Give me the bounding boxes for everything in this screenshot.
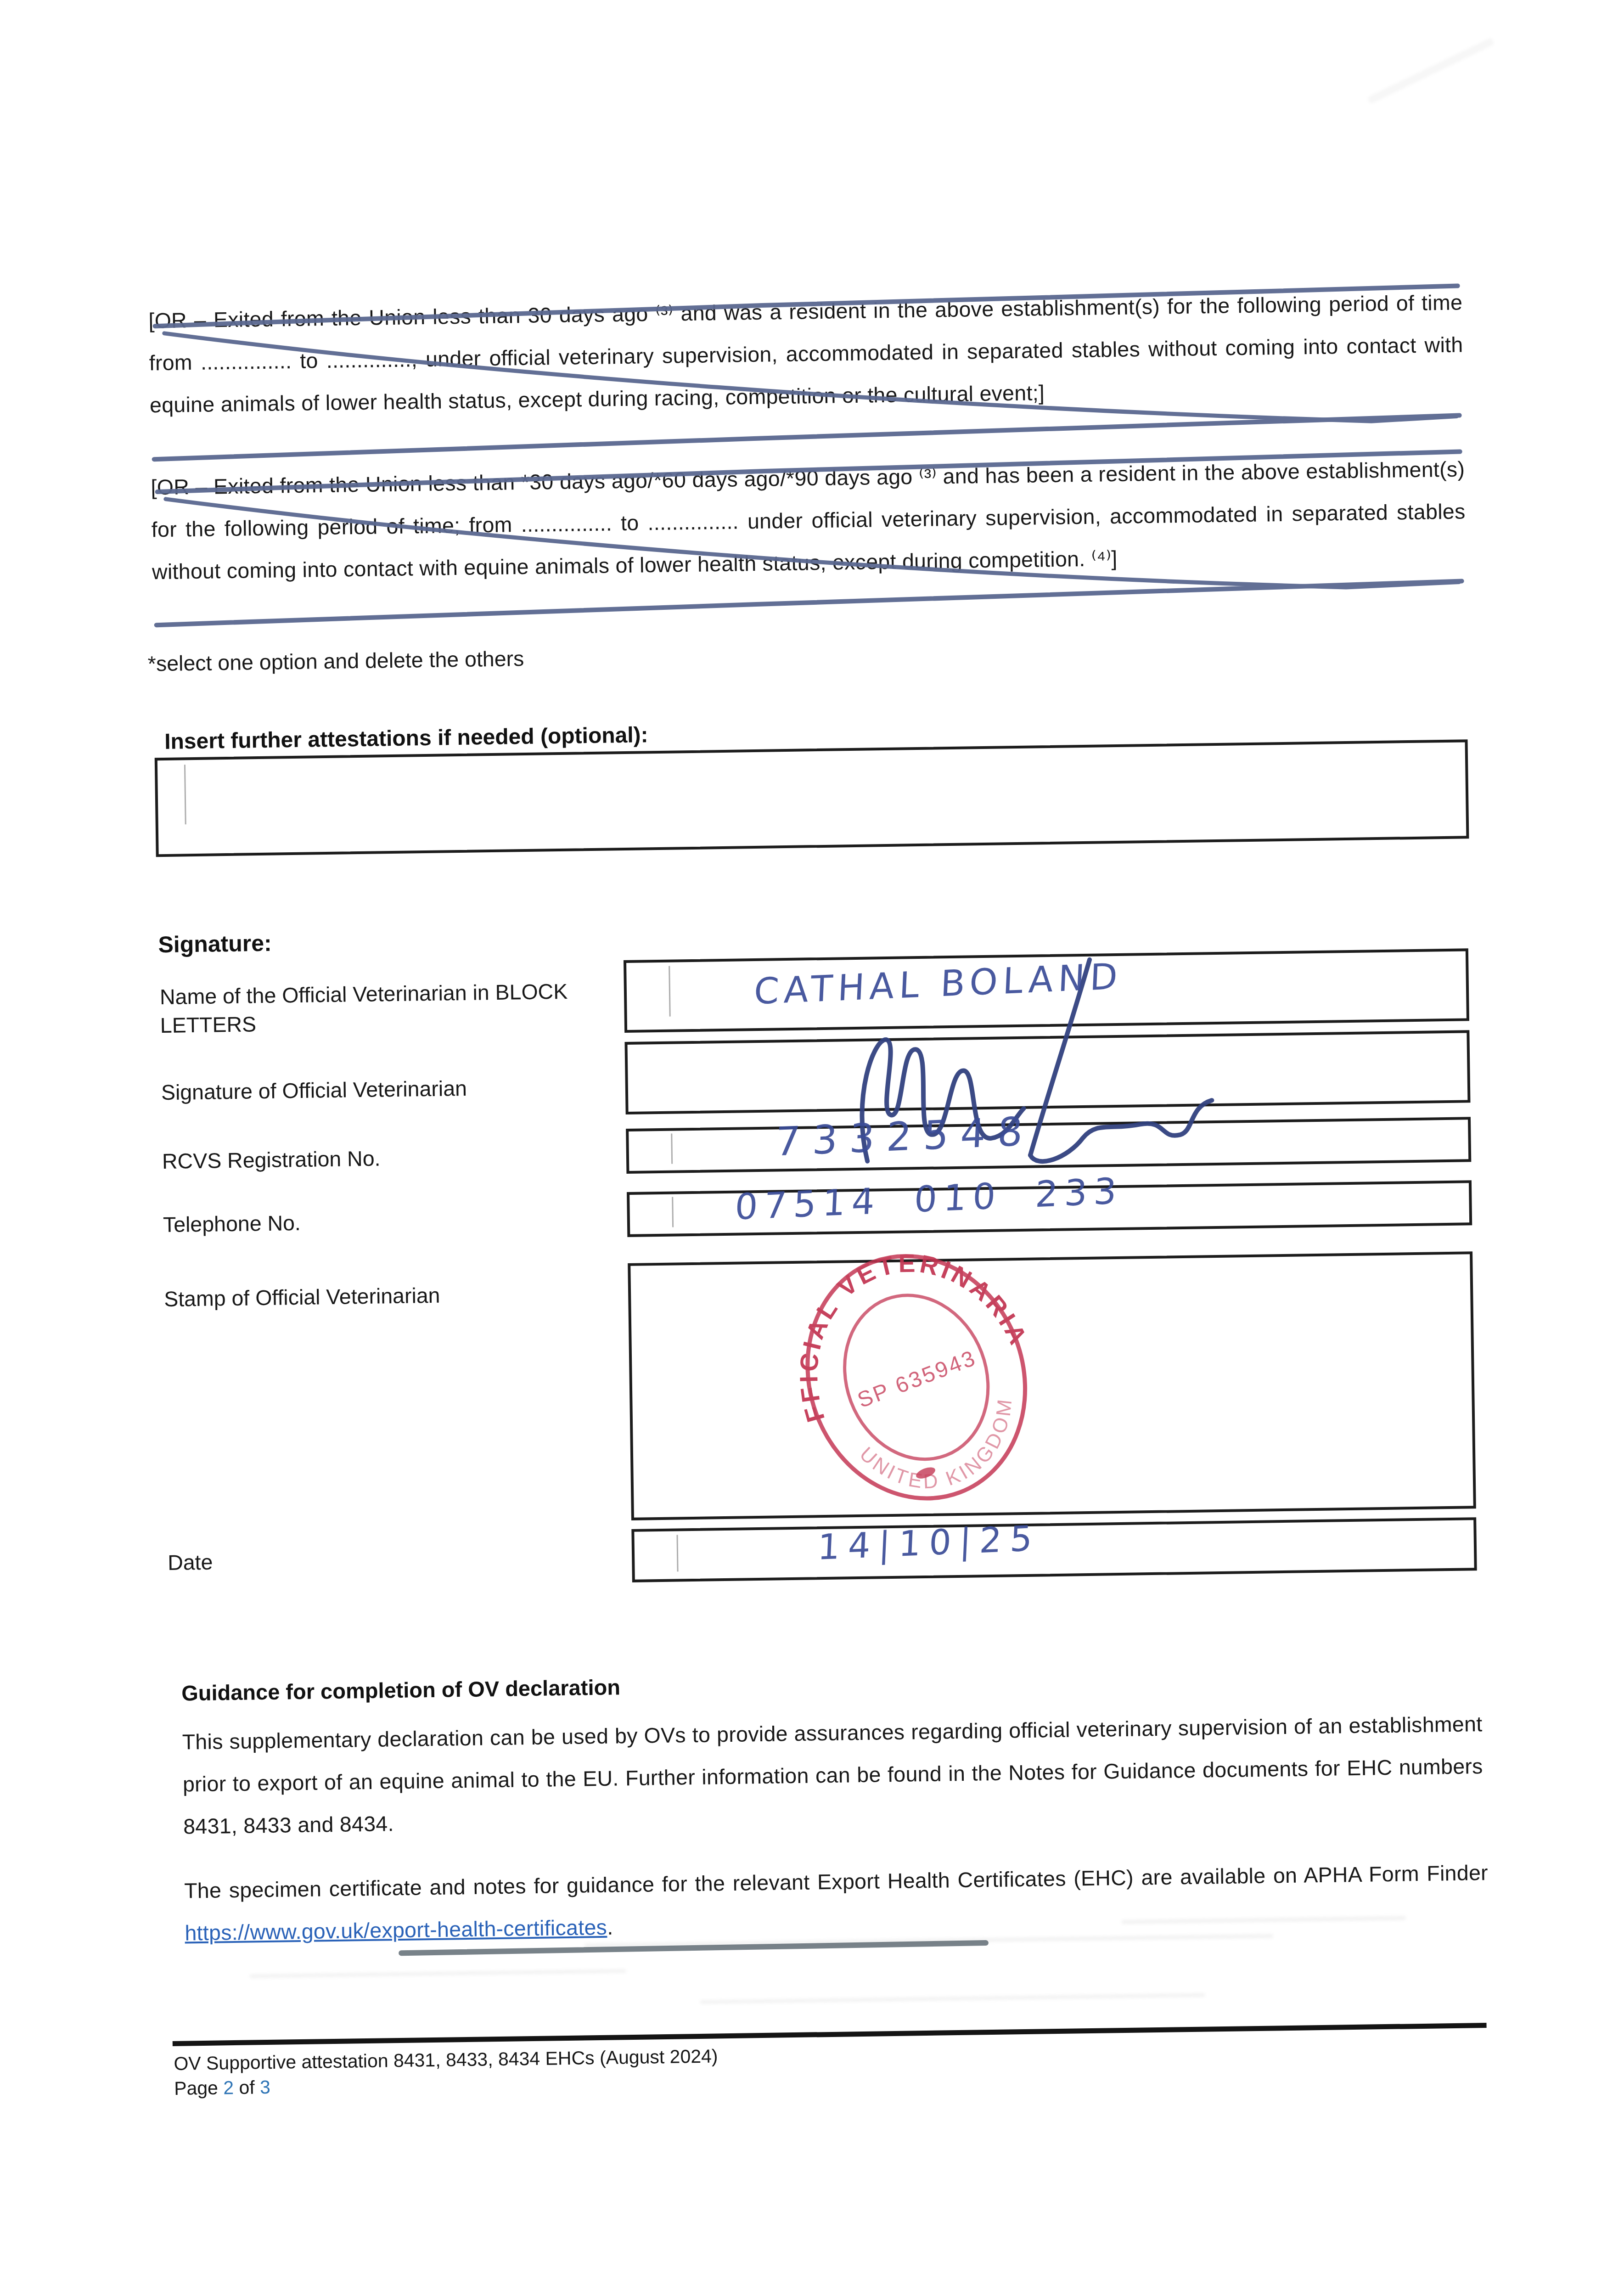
footer-document-title: OV Supportive attestation 8431, 8433, 84… [174,2044,718,2076]
footer-separator [173,2023,1487,2046]
stamp-label: Stamp of Official Veterinarian [164,1278,624,1313]
scan-artifact [250,1969,626,1978]
page-prefix: Page [174,2077,224,2099]
guidance-heading: Guidance for completion of OV declaratio… [181,1674,620,1705]
scan-artifact [676,1535,678,1571]
signature-label: Signature of Official Veterinarian [161,1072,620,1107]
scanned-document-page: [OR – Exited from the Union less than 30… [0,0,1624,2296]
ehc-availability-paragraph: The specimen certificate and notes for g… [184,1851,1489,1954]
name-label: Name of the Official Veterinarian in BLO… [160,977,601,1040]
ehc-paragraph-period: . [607,1915,613,1939]
scan-artifact [1367,38,1495,104]
select-option-note: *select one option and delete the others [147,646,524,676]
scan-artifact [671,1134,673,1164]
date-field [631,1517,1477,1582]
ehc-paragraph-text: The specimen certificate and notes for g… [184,1861,1488,1903]
option-paragraph-1: [OR – Exited from the Union less than 30… [148,281,1464,426]
rcvs-label: RCVS Registration No. [162,1141,622,1176]
insert-attestations-heading: Insert further attestations if needed (o… [164,722,648,754]
stamp-field [628,1251,1476,1520]
scan-artifact [672,1197,674,1227]
scan-artifact [700,1993,1205,2004]
signature-field [624,1030,1470,1114]
further-attestations-box [155,739,1469,857]
page-current: 2 [223,2077,234,2098]
scan-artifact [184,765,186,824]
signature-section-heading: Signature: [158,930,272,958]
page-total: 3 [260,2077,270,2098]
option-paragraph-2: [OR – Exited from the Union less than *3… [151,448,1467,593]
footer-page-number: Page 2 of 3 [174,2075,270,2100]
page-sep: of [234,2077,260,2098]
export-health-certificates-link[interactable]: https://www.gov.uk/export-health-certifi… [185,1915,607,1945]
guidance-paragraph: This supplementary declaration can be us… [182,1703,1484,1848]
date-label: Date [168,1545,444,1577]
telephone-label: Telephone No. [163,1204,623,1239]
scan-artifact [669,966,671,1017]
rcvs-field [626,1117,1471,1174]
